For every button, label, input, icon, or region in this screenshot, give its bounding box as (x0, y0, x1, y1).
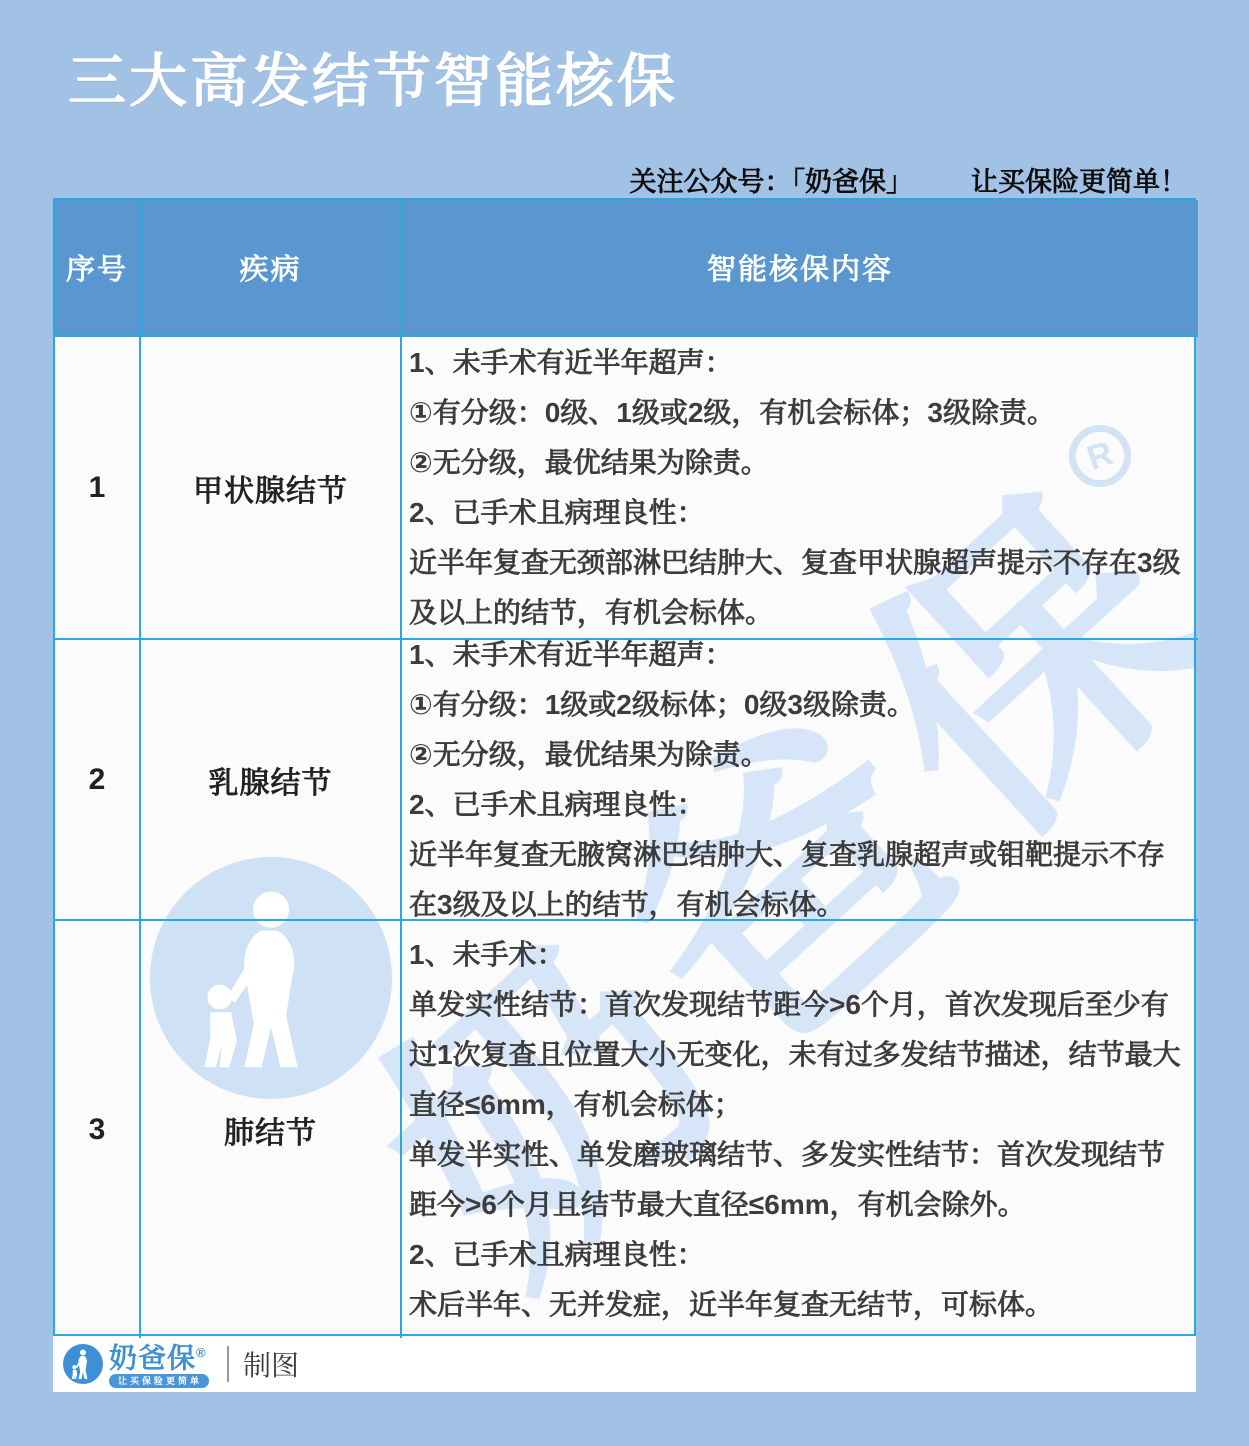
column-header-disease: 疾病 (141, 200, 402, 337)
disease-name: 肺结节 (141, 921, 402, 1338)
content-line: 1、未手术有近半年超声： (409, 338, 1190, 388)
row-index: 2 (55, 640, 141, 921)
footer-divider (227, 1346, 229, 1382)
content-line: 2、已手术且病理良性： (409, 1230, 1190, 1280)
content-line: 2、已手术且病理良性： (409, 780, 1190, 830)
content-line: 单发半实性、单发磨玻璃结节、多发实性结节：首次发现结节距今>6个月且结节最大直径… (409, 1130, 1190, 1230)
content-line: 2、已手术且病理良性： (409, 488, 1190, 538)
content-line: 近半年复查无颈部淋巴结肿大、复查甲状腺超声提示不存在3级及以上的结节，有机会标体… (409, 538, 1190, 638)
content-line: 1、未手术有近半年超声： (409, 630, 1190, 680)
underwriting-content: 1、未手术： 单发实性结节：首次发现结节距今>6个月，首次发现后至少有过1次复查… (402, 921, 1198, 1338)
page-title: 三大高发结节智能核保 (68, 34, 678, 118)
content-line: ①有分级：1级或2级标体；0级3级除责。 (409, 680, 1190, 730)
subtitle: 关注公众号：「奶爸保」让买保险更简单！ (630, 160, 1188, 199)
footer-bar: 奶爸保® 让买保险更简单 制图 (53, 1336, 1196, 1392)
brand-name: 奶爸保® (109, 1340, 207, 1371)
brand-block: 奶爸保® 让买保险更简单 (109, 1340, 209, 1387)
content-line: 单发实性结节：首次发现结节距今>6个月，首次发现后至少有过1次复查且位置大小无变… (409, 980, 1190, 1130)
content-line: ②无分级，最优结果为除责。 (409, 438, 1190, 488)
underwriting-table: 奶爸保 R 序号 疾病 智能核保内容 1 甲状腺结节 1、未手术有近半年超声： … (53, 198, 1196, 1336)
brand-logo-icon (63, 1344, 103, 1384)
credit-label: 制图 (243, 1344, 299, 1384)
column-header-index: 序号 (55, 200, 141, 337)
infographic-page: { "header": { "title": "三大高发结节智能核保", "su… (0, 0, 1249, 1446)
underwriting-content: 1、未手术有近半年超声： ①有分级：0级、1级或2级，有机会标体；3级除责。 ②… (402, 337, 1198, 640)
content-line: ②无分级，最优结果为除责。 (409, 730, 1190, 780)
disease-name: 甲状腺结节 (141, 337, 402, 640)
content-line: 近半年复查无腋窝淋巴结肿大、复查乳腺超声或钼靶提示不存在3级及以上的结节，有机会… (409, 830, 1190, 930)
column-header-content: 智能核保内容 (402, 200, 1198, 337)
content-line: 1、未手术： (409, 930, 1190, 980)
content-line: ①有分级：0级、1级或2级，有机会标体；3级除责。 (409, 388, 1190, 438)
row-index: 1 (55, 337, 141, 640)
table-grid: 序号 疾病 智能核保内容 1 甲状腺结节 1、未手术有近半年超声： ①有分级：0… (53, 198, 1196, 1336)
row-index: 3 (55, 921, 141, 1338)
registered-superscript: ® (196, 1345, 207, 1360)
subtitle-account: 关注公众号：「奶爸保」 (630, 167, 914, 197)
content-line: 术后半年、无并发症，近半年复查无结节，可标体。 (409, 1280, 1190, 1330)
brand-slogan-badge: 让买保险更简单 (109, 1374, 209, 1388)
disease-name: 乳腺结节 (141, 640, 402, 921)
underwriting-content: 1、未手术有近半年超声： ①有分级：1级或2级标体；0级3级除责。 ②无分级，最… (402, 640, 1198, 921)
subtitle-slogan: 让买保险更简单！ (971, 167, 1187, 197)
